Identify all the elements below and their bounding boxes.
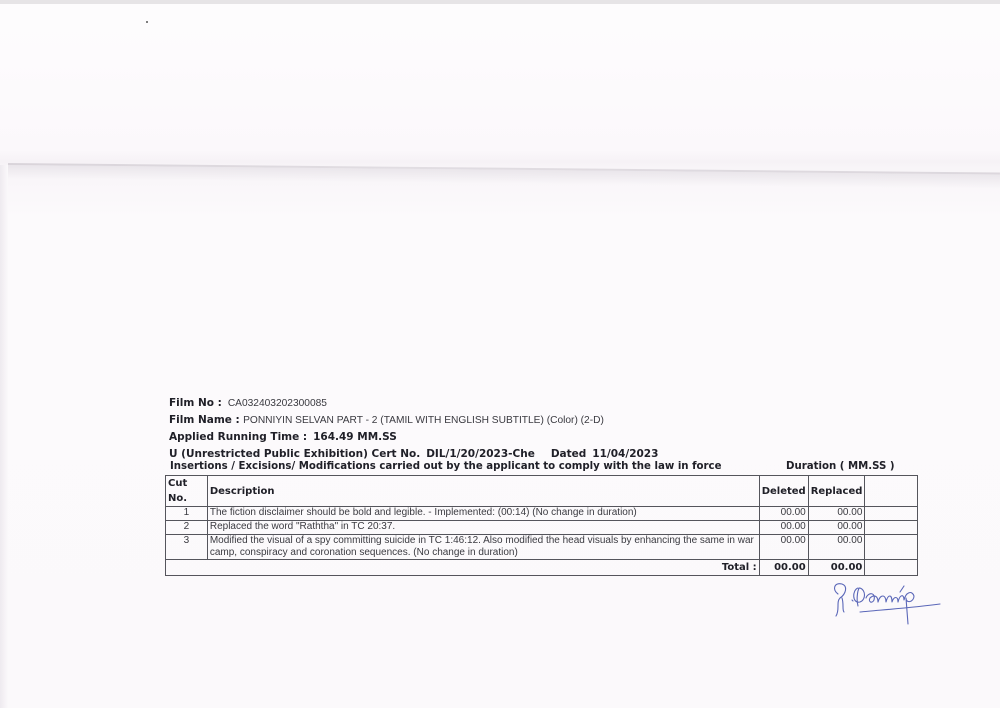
running-time-value: 164.49 MM.SS — [313, 431, 397, 443]
header-description: Description — [207, 476, 759, 507]
film-name-line: Film Name : PONNIYIN SELVAN PART - 2 (TA… — [169, 412, 658, 429]
film-no-line: Film No :CA032403202300085 — [169, 395, 658, 412]
cut-number: 3 — [166, 535, 208, 560]
table-header-row: Cut No. Description Deleted Replaced — [166, 476, 918, 507]
cut-number: 2 — [166, 521, 208, 535]
empty-cell — [865, 535, 918, 560]
duration-heading: Duration ( MM.SS ) — [786, 461, 895, 472]
scan-speck — [146, 21, 148, 23]
dated-label: Dated — [551, 448, 586, 460]
film-no-label: Film No : — [169, 397, 222, 409]
deleted-duration: 00.00 — [759, 507, 808, 521]
replaced-duration: 00.00 — [808, 521, 865, 535]
certificate-number: DIL/1/20/2023-Che — [426, 448, 535, 460]
film-name-value: PONNIYIN SELVAN PART - 2 (TAMIL WITH ENG… — [243, 415, 604, 426]
header-deleted: Deleted — [759, 476, 808, 507]
total-label: Total : — [166, 560, 760, 576]
certificate-date: 11/04/2023 — [592, 448, 658, 460]
header-replaced: Replaced — [808, 476, 865, 507]
paper-top-edge — [0, 0, 1000, 4]
total-row: Total : 00.00 00.00 — [166, 560, 918, 576]
header-extra — [865, 476, 918, 507]
empty-cell — [865, 560, 918, 576]
replaced-duration: 00.00 — [808, 535, 865, 560]
header-cut-no: Cut No. — [166, 476, 208, 507]
film-no-value: CA032403202300085 — [228, 398, 327, 409]
cut-description: Replaced the word "Raththa" in TC 20:37. — [207, 521, 759, 535]
modifications-table: Cut No. Description Deleted Replaced 1 T… — [165, 475, 918, 576]
running-time-line: Applied Running Time :164.49 MM.SS — [169, 429, 658, 446]
paper-left-edge — [0, 165, 8, 708]
table-row: 3 Modified the visual of a spy committin… — [166, 535, 918, 560]
deleted-duration: 00.00 — [759, 535, 808, 560]
signature — [830, 580, 950, 635]
running-time-label: Applied Running Time : — [169, 431, 307, 443]
deleted-duration: 00.00 — [759, 521, 808, 535]
film-name-label: Film Name : — [169, 414, 240, 426]
replaced-duration: 00.00 — [808, 507, 865, 521]
certificate-label: U (Unrestricted Public Exhibition) Cert … — [169, 448, 420, 460]
modifications-heading: Insertions / Excisions/ Modifications ca… — [170, 461, 722, 472]
cut-description: The fiction disclaimer should be bold an… — [207, 507, 759, 521]
cut-description: Modified the visual of a spy committing … — [207, 535, 759, 560]
total-replaced: 00.00 — [808, 560, 865, 576]
cut-number: 1 — [166, 507, 208, 521]
table-row: 2 Replaced the word "Raththa" in TC 20:3… — [166, 521, 918, 535]
empty-cell — [865, 507, 918, 521]
table-row: 1 The fiction disclaimer should be bold … — [166, 507, 918, 521]
film-details: Film No :CA032403202300085 Film Name : P… — [169, 395, 658, 463]
total-deleted: 00.00 — [759, 560, 808, 576]
empty-cell — [865, 521, 918, 535]
